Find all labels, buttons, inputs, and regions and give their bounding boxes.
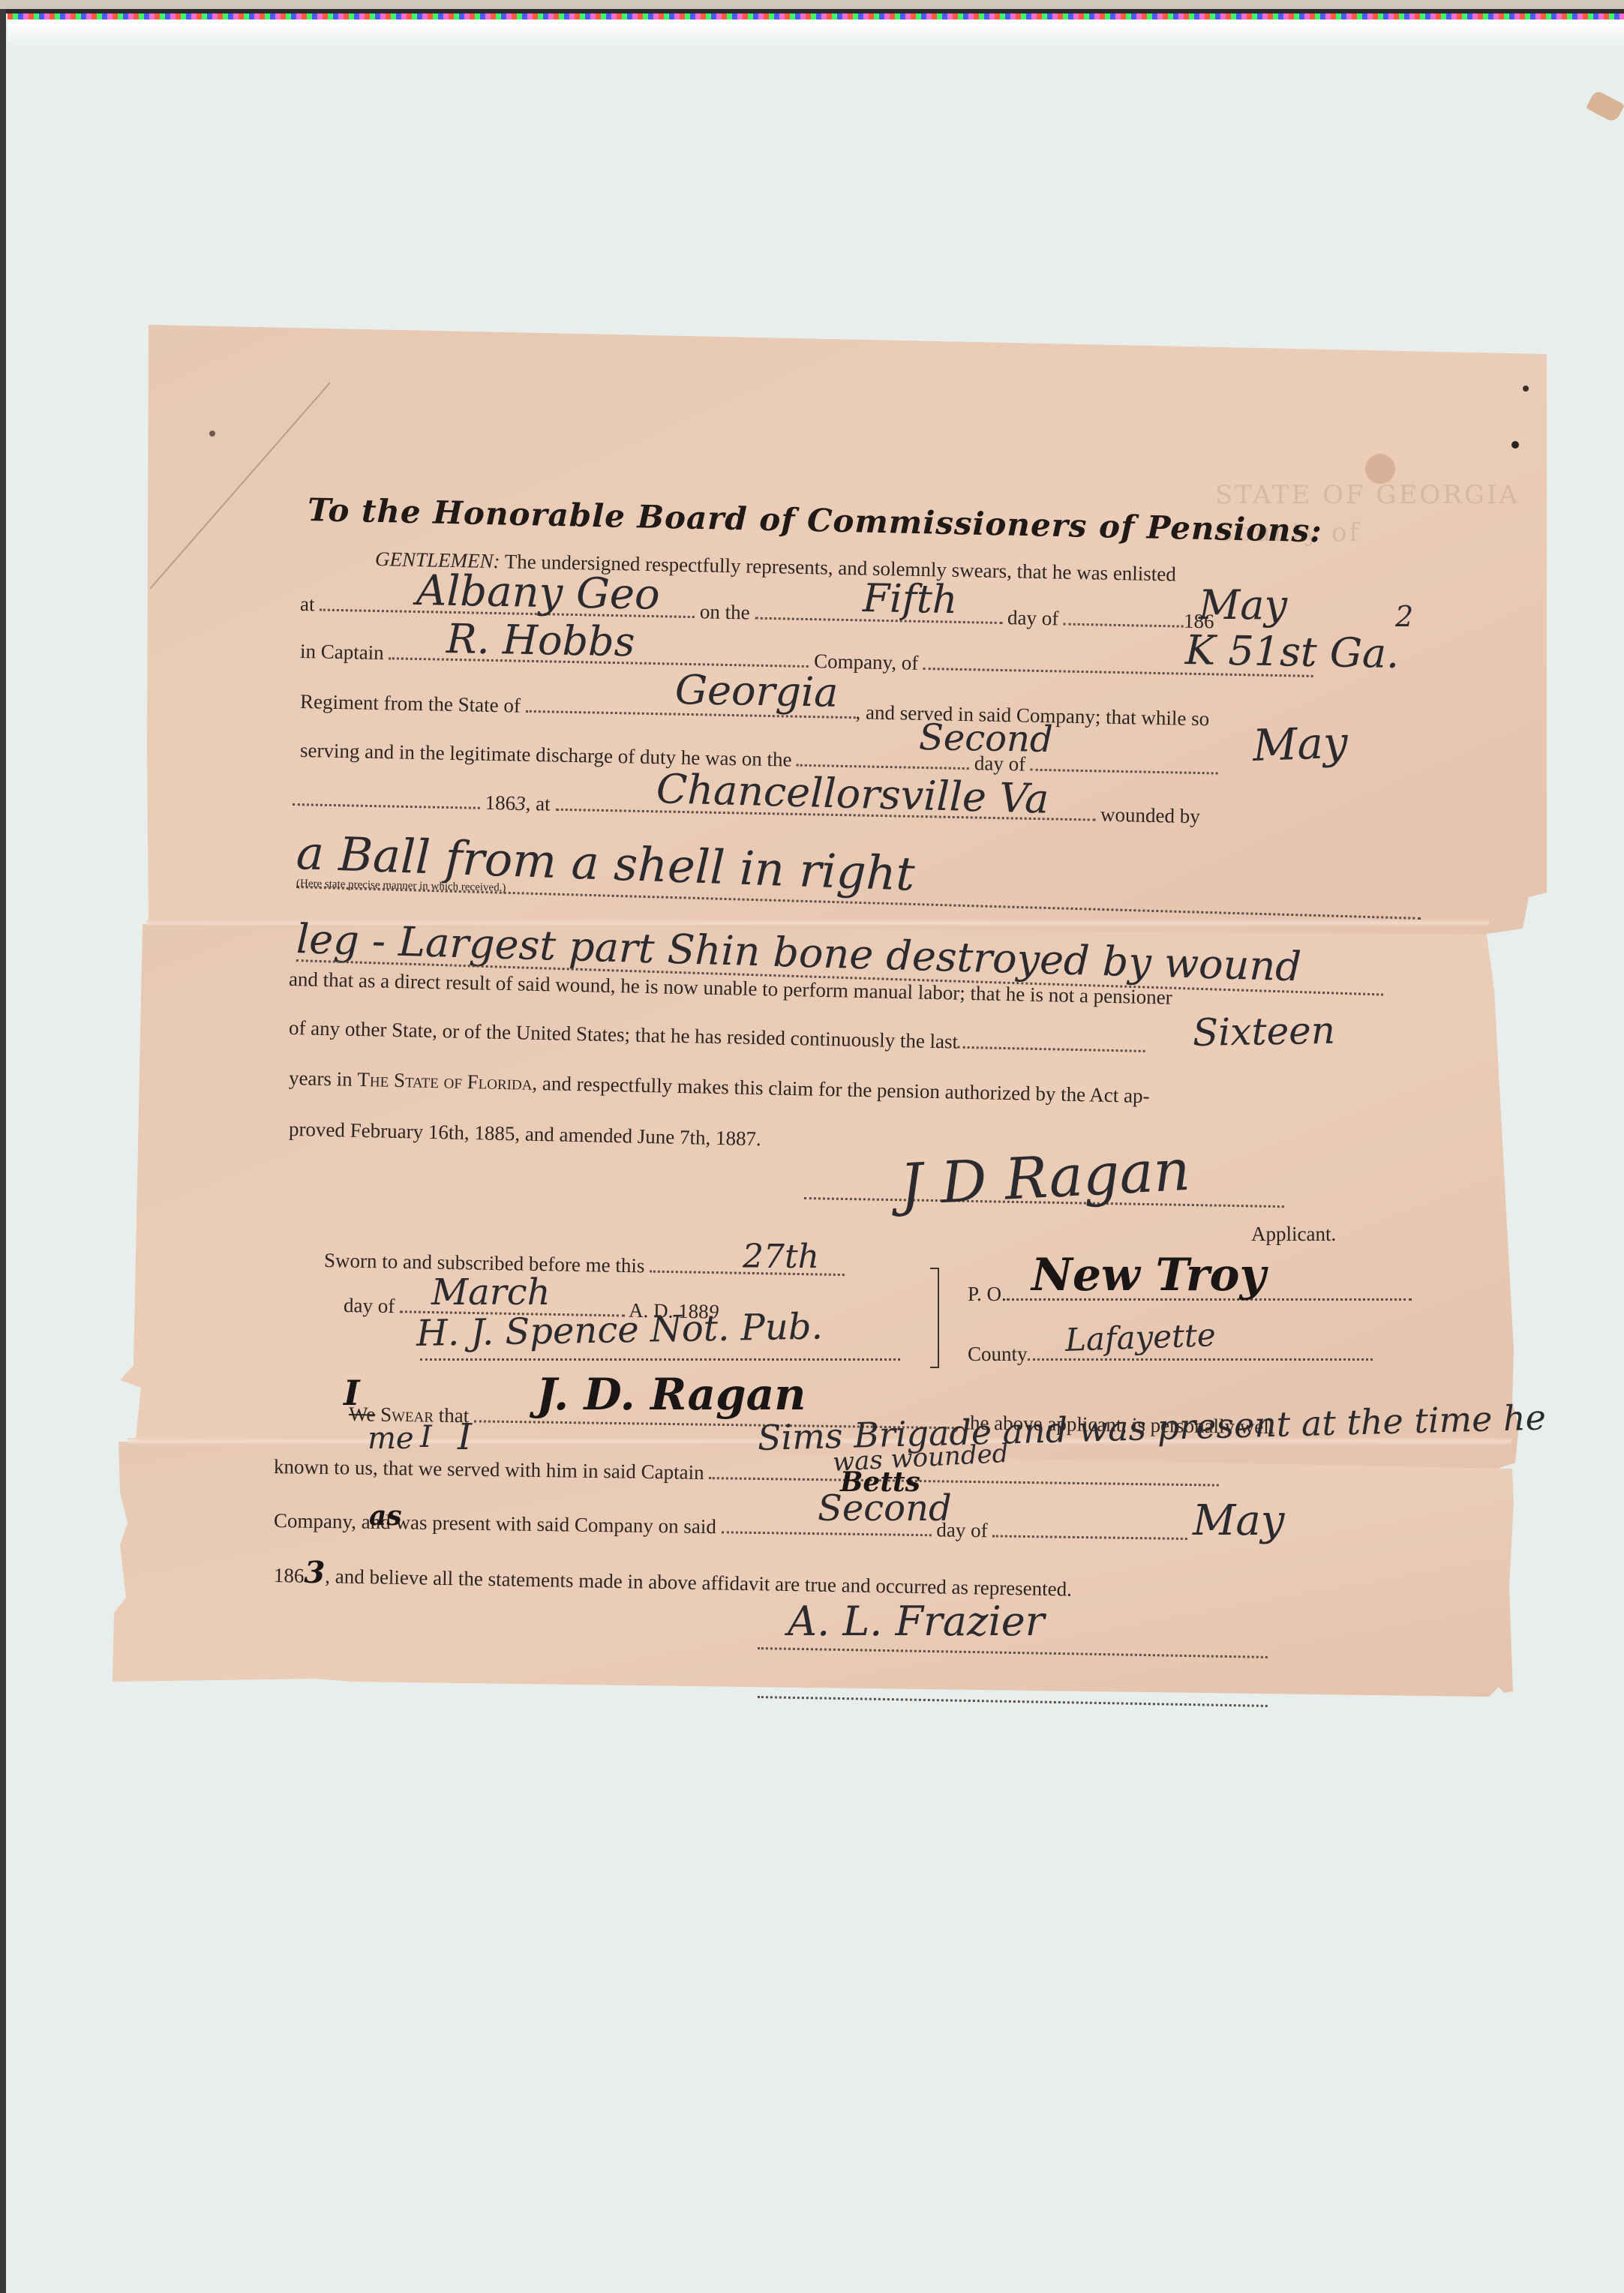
sworn-month-field: March xyxy=(431,1271,551,1313)
po-label: P. O. xyxy=(968,1283,1007,1305)
on-the-label: on the xyxy=(700,600,750,623)
present-month-field: May xyxy=(1193,1496,1284,1545)
bleed-through-line-1: STATE OF GEORGIA xyxy=(1215,480,1520,510)
at-label: at xyxy=(300,593,315,615)
at-label-2: , at xyxy=(525,792,551,815)
correction-me: me xyxy=(368,1421,414,1456)
notary-signature: H. J. Spence Not. Pub. xyxy=(416,1306,824,1355)
swear-i-correction: I xyxy=(344,1373,360,1413)
captain-field: R. Hobbs xyxy=(446,615,635,665)
regiment-label: Regiment from the State of xyxy=(300,690,521,717)
paper-shape xyxy=(0,0,1624,2293)
witnessed-name-field: J. D. Ragan xyxy=(536,1369,806,1420)
state-of-florida: The State of Florida xyxy=(357,1068,533,1094)
enlist-year-digit: 2 xyxy=(1395,600,1413,633)
present-day-field: Second xyxy=(818,1487,952,1529)
witness-signature: A. L. Frazier xyxy=(788,1598,1044,1645)
sworn-day-of-label: day of xyxy=(344,1294,395,1317)
applicant-label: Applicant. xyxy=(1251,1223,1336,1246)
years-resided-field: Sixteen xyxy=(1192,1009,1335,1055)
years-text: years in xyxy=(289,1067,353,1091)
correction-i-2: I xyxy=(458,1416,472,1458)
was-correction: as xyxy=(369,1500,402,1532)
county-field: Lafayette xyxy=(1064,1316,1216,1358)
enlist-place-field: Albany Geo xyxy=(416,566,660,620)
sworn-day-field: 27th xyxy=(743,1238,819,1276)
present-year-digit: 3 xyxy=(304,1555,326,1590)
year-prefix-2: 186 xyxy=(485,791,515,815)
enlist-month-field: May xyxy=(1199,581,1287,629)
in-captain-label: in Captain xyxy=(300,640,384,664)
state-field: Georgia xyxy=(674,666,839,716)
company-field: K 51st Ga. xyxy=(1184,626,1399,677)
document-page: STATE OF GEORGIA County of To the Honora… xyxy=(0,0,1624,2293)
sworn-brace xyxy=(930,1268,939,1368)
county-label: County xyxy=(968,1343,1028,1365)
correction-i-1: I xyxy=(420,1420,432,1454)
day-of-label: day of xyxy=(1007,606,1059,629)
wound-year-digit: 3 xyxy=(515,792,526,815)
wound-month-field: May xyxy=(1252,717,1349,771)
year-prefix-3: 186 xyxy=(274,1564,305,1587)
wounded-by-label: wounded by xyxy=(1100,803,1200,828)
wound-day-field: Second xyxy=(919,716,1054,761)
po-field: New Troy xyxy=(1031,1249,1265,1301)
enlist-day-field: Fifth xyxy=(862,576,957,623)
